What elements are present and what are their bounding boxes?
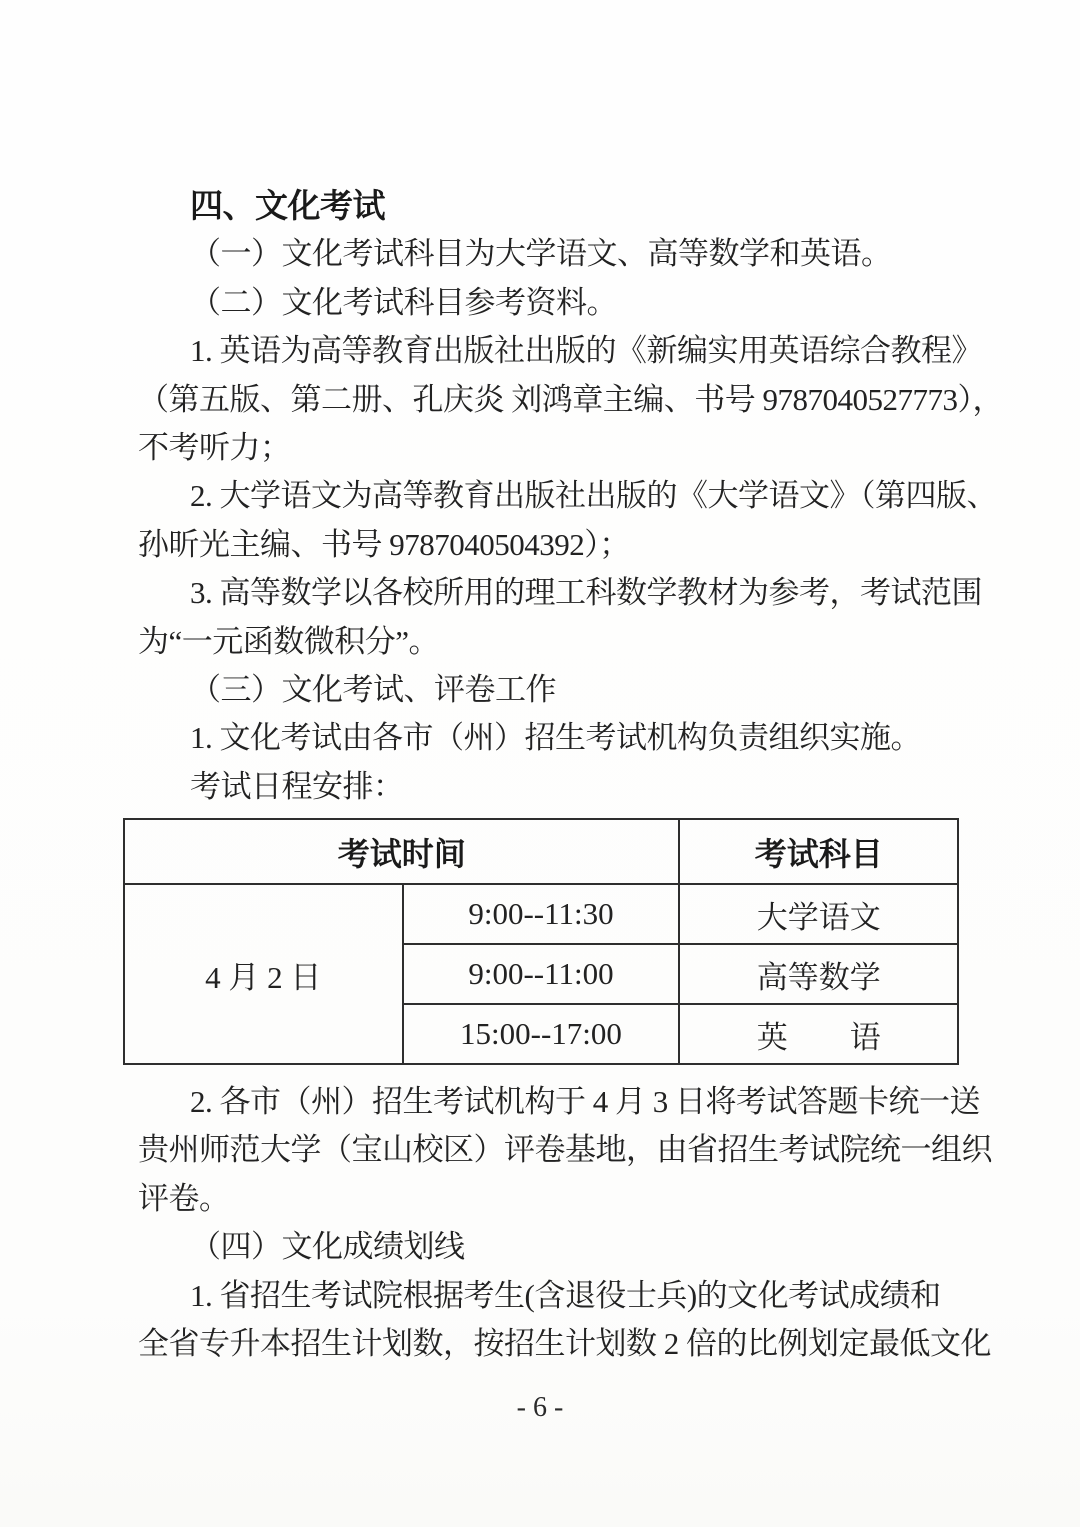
- exam-time-cell: 15:00--17:00: [403, 1004, 680, 1064]
- paragraph-line: 2. 各市（州）招生考试机构于 4 月 3 日将考试答题卡统一送: [138, 1078, 953, 1126]
- paragraph-line: 1. 英语为高等教育出版社出版的《新编实用英语综合教程》: [138, 327, 953, 375]
- table-header-row: 考试时间 考试科目: [124, 819, 958, 884]
- paragraph-line: 1. 文化考试由各市（州）招生考试机构负责组织实施。: [138, 714, 953, 762]
- paragraph-line: 3. 高等数学以各校所用的理工科数学教材为参考，考试范围: [138, 569, 953, 617]
- exam-subject-cell: 大学语文: [679, 884, 958, 944]
- exam-subject-cell: 高等数学: [679, 944, 958, 1004]
- exam-time-cell: 9:00--11:00: [403, 944, 680, 1004]
- text-block-top: 四、文化考试 （一）文化考试科目为大学语文、高等数学和英语。 （二）文化考试科目…: [138, 182, 953, 811]
- paragraph-line: （一）文化考试科目为大学语文、高等数学和英语。: [138, 230, 953, 278]
- exam-time-cell: 9:00--11:30: [403, 884, 680, 944]
- paragraph-line: 孙昕光主编、书号 9787040504392）；: [138, 521, 953, 569]
- paragraph-line: 贵州师范大学（宝山校区）评卷基地，由省招生考试院统一组织: [138, 1126, 953, 1174]
- exam-date-cell: 4 月 2 日: [124, 884, 403, 1064]
- paragraph-line: 为“一元函数微积分”。: [138, 618, 953, 666]
- paragraph-line: 考试日程安排：: [138, 763, 953, 811]
- table-row: 4 月 2 日 9:00--11:30 大学语文: [124, 884, 958, 944]
- exam-subject-cell: 英 语: [679, 1004, 958, 1064]
- text-block-bottom: 2. 各市（州）招生考试机构于 4 月 3 日将考试答题卡统一送 贵州师范大学（…: [138, 1078, 953, 1368]
- paragraph-line: （三）文化考试、评卷工作: [138, 666, 953, 714]
- paragraph-line: （第五版、第二册、孔庆炎 刘鸿章主编、书号 9787040527773），: [138, 376, 953, 424]
- paragraph-line: 不考听力；: [138, 424, 953, 472]
- paragraph-line: 评卷。: [138, 1175, 953, 1223]
- document-page: 四、文化考试 （一）文化考试科目为大学语文、高等数学和英语。 （二）文化考试科目…: [0, 0, 1080, 1527]
- exam-schedule-table: 考试时间 考试科目 4 月 2 日 9:00--11:30 大学语文 9:00-…: [123, 818, 959, 1065]
- paragraph-line: （二）文化考试科目参考资料。: [138, 279, 953, 327]
- paragraph-line: 1. 省招生考试院根据考生(含退役士兵)的文化考试成绩和: [138, 1272, 953, 1320]
- paragraph-line: 全省专升本招生计划数，按招生计划数 2 倍的比例划定最低文化: [138, 1320, 953, 1368]
- page-number: - 6 -: [0, 1388, 1080, 1428]
- exam-time-header: 考试时间: [124, 819, 679, 884]
- paragraph-line: （四）文化成绩划线: [138, 1223, 953, 1271]
- paragraph-line: 2. 大学语文为高等教育出版社出版的《大学语文》（第四版、: [138, 472, 953, 520]
- section-heading: 四、文化考试: [138, 182, 953, 230]
- exam-subject-header: 考试科目: [679, 819, 958, 884]
